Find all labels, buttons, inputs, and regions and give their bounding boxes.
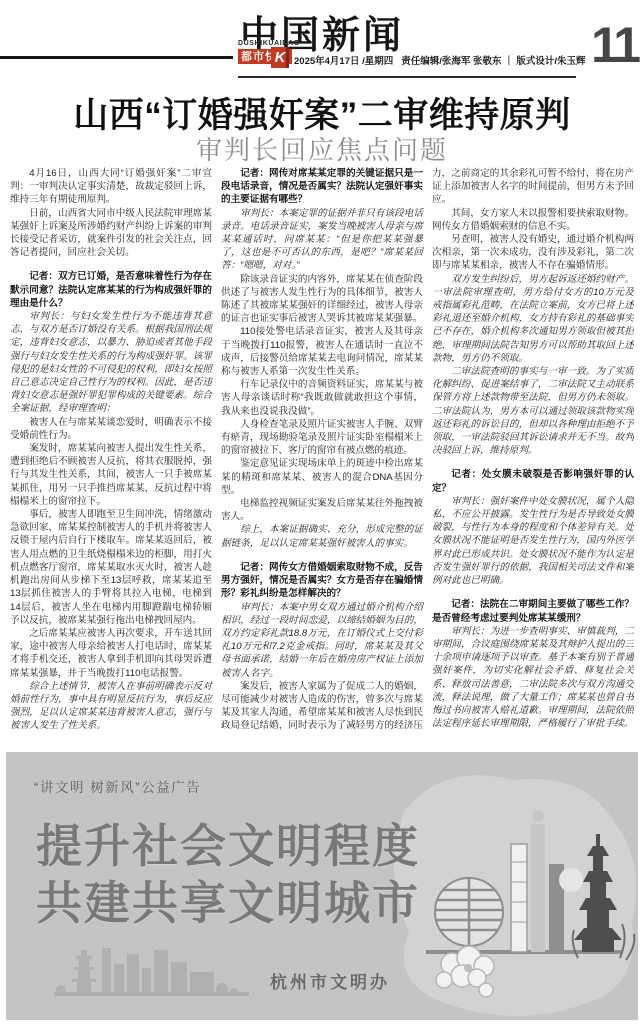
article-paragraph: 4月16日，山西大同“订婚强奸案”二审宣判：一审判决认定事实清楚，故裁定驳回上诉… (10, 167, 212, 207)
article-paragraph: 除该录音证实的内容外，席某某在侦查阶段供述了与被害人发生性行为的具体细节，被害人… (221, 273, 423, 326)
psa-advert: “讲文明 树新风”公益广告 提升社会文明程度 共建共享文明城市 (6, 752, 638, 1020)
article-paragraph: 记者：网传女方借婚姻索取财物不成，反告男方强奸，情况是否属实？女方是否存在骗婚情… (221, 561, 423, 601)
article-paragraph: 审判长：本案定罪的证据并非只有该段电话录音。电话录音证实，案发当晚被害人母亲与席… (221, 207, 423, 273)
article-paragraph: 另查明，被害人没有婚史，通过婚介机构两次相亲，第一次未成功，没有涉及彩礼，第二次… (432, 233, 634, 273)
article-paragraph: 事后，被害人即跑至卫生间冲洗，情绪激动急欲回家，席某某控制被害人的手机并将被害人… (10, 508, 212, 627)
article-paragraph: 人身检查笔录及照片证实被害人手腕、双臂有瘀青，现场勘验笔录及照片证实卧室榻榻米上… (221, 418, 423, 458)
article-paragraph: 110接处警电话录音证实，被害人及其母亲于当晚拨打110报警，被害人在通话时一直… (221, 325, 423, 378)
article-paragraph: 记者：双方已订婚，是否意味着性行为存在默示同意？法院认定席某某的行为构成强奸罪的… (10, 270, 212, 310)
article-paragraph: 日前，山西省大同市中级人民法院审理席某某强奸上诉案及所涉婚约财产纠纷上诉案的审判… (10, 207, 212, 260)
article-body: 4月16日，山西大同“订婚强奸案”二审宣判：一审判决认定事实清楚，故裁定驳回上诉… (10, 167, 634, 739)
article-paragraph: 审判长：本案中男女双方通过婚介机构介绍相识，经过一段时间恋爱，以缔结婚姻为目的，… (221, 601, 423, 680)
article-subheadline: 审判长回应焦点问题 (0, 130, 644, 167)
psa-slogan-line-2: 共建共享文明城市 (36, 875, 456, 932)
psa-slogan-line-1: 提升社会文明程度 (36, 818, 456, 875)
article-paragraph: 案发时，席某某向被害人提出发生性关系，遭到拒绝后不顾被害人反抗，将其衣服脱掉，强… (10, 442, 212, 508)
dateline-rule (238, 76, 576, 78)
kuaibao-k-logo-icon: K (271, 47, 289, 68)
article-paragraph: 审判长：为进一步查明事实、审慎裁判，二审期间，合议庭围绕席某某及其辩护人提出的三… (432, 625, 634, 731)
article-paragraph: 审判长：与妇女发生性行为不能违背其意志，与双方是否订婚没有关系。根据我国刑法规定… (10, 310, 212, 416)
article-paragraph: 综上，本案证据确实、充分，形成完整的证据链条，足以认定席某某强奸被害人的事实。 (221, 523, 423, 549)
psa-label: “讲文明 树新风”公益广告 (34, 776, 201, 796)
article-paragraph: 行车记录仪中的音频资料证实，席某某与被害人母亲谈话时称“我既敢做就敢担这个事情，… (221, 378, 423, 418)
psa-slogan: 提升社会文明程度 共建共享文明城市 (36, 818, 456, 932)
masthead-rule (0, 56, 233, 59)
article-paragraph: 记者：网传对席某某定罪的关键证据只是一段电话录音，情况是否属实？法院认定强奸事实… (221, 167, 423, 207)
brand-name-en: DUSHIKUAIBAO (238, 40, 308, 47)
page-number: 11 (591, 16, 638, 74)
article-paragraph: 记者：法院在二审期间主要做了哪些工作？是否曾经考虑过要判处席某某缓刑？ (432, 598, 634, 624)
article-paragraph: 电梯监控视频证实案发后席某某往外拖拽被害人。 (221, 497, 423, 523)
article-paragraph: 审判长：强奸案件中处女膜状况，属个人隐私，不应公开披露。发生性行为是否导致处女膜… (432, 495, 634, 587)
article-paragraph: 双方发生纠纷后，男方起诉返还婚约财产。一审法院审理查明，男方给付女方的10万元及… (432, 273, 634, 365)
dateline-row: 2025年4月17日 /星期四责任编辑/张海军 张敬东 ｜ 版式设计/朱玉辉 (294, 53, 576, 67)
article-paragraph: 被害人在与席某某谈恋爱时，明确表示不接受婚前性行为。 (10, 416, 212, 442)
article-paragraph: 之后席某某应被害人再次要求，开车送其回家，途中被害人母亲给被害人打电话时，席某某… (10, 627, 212, 680)
skyline-silhouette-icon (54, 942, 249, 998)
article-paragraph: 综合上述情节，被害人在事前明确表示反对婚前性行为，事中具有明显反抗行为，事后反应… (10, 680, 212, 733)
section-title: 中国新闻 (0, 4, 644, 59)
article-paragraph: 其间，女方家人未以报警相要挟索取财物。网传女方借婚姻索财的信息不实。 (432, 207, 634, 233)
article-paragraph: 记者：处女膜未破裂是否影响强奸罪的认定？ (432, 468, 634, 494)
editors-credit: 责任编辑/张海军 张敬东 ｜ 版式设计/朱玉辉 (401, 56, 585, 67)
psa-signature: 杭州市文明办 (270, 968, 390, 993)
newspaper-page: 中国新闻 DUSHIKUAIBAO 都市快报 K 2025年4月17日 /星期四… (0, 0, 644, 1024)
article-paragraph: 鉴定意见证实现场床单上的斑迹中检出席某某的精斑和席某某、被害人的混合DNA基因分… (221, 457, 423, 497)
dateline: 2025年4月17日 /星期四 (294, 56, 393, 67)
article-paragraph: 二审法院查明的事实与一审一致。为了实质化解纠纷、促进案结事了，二审法院又主动联系… (432, 365, 634, 457)
